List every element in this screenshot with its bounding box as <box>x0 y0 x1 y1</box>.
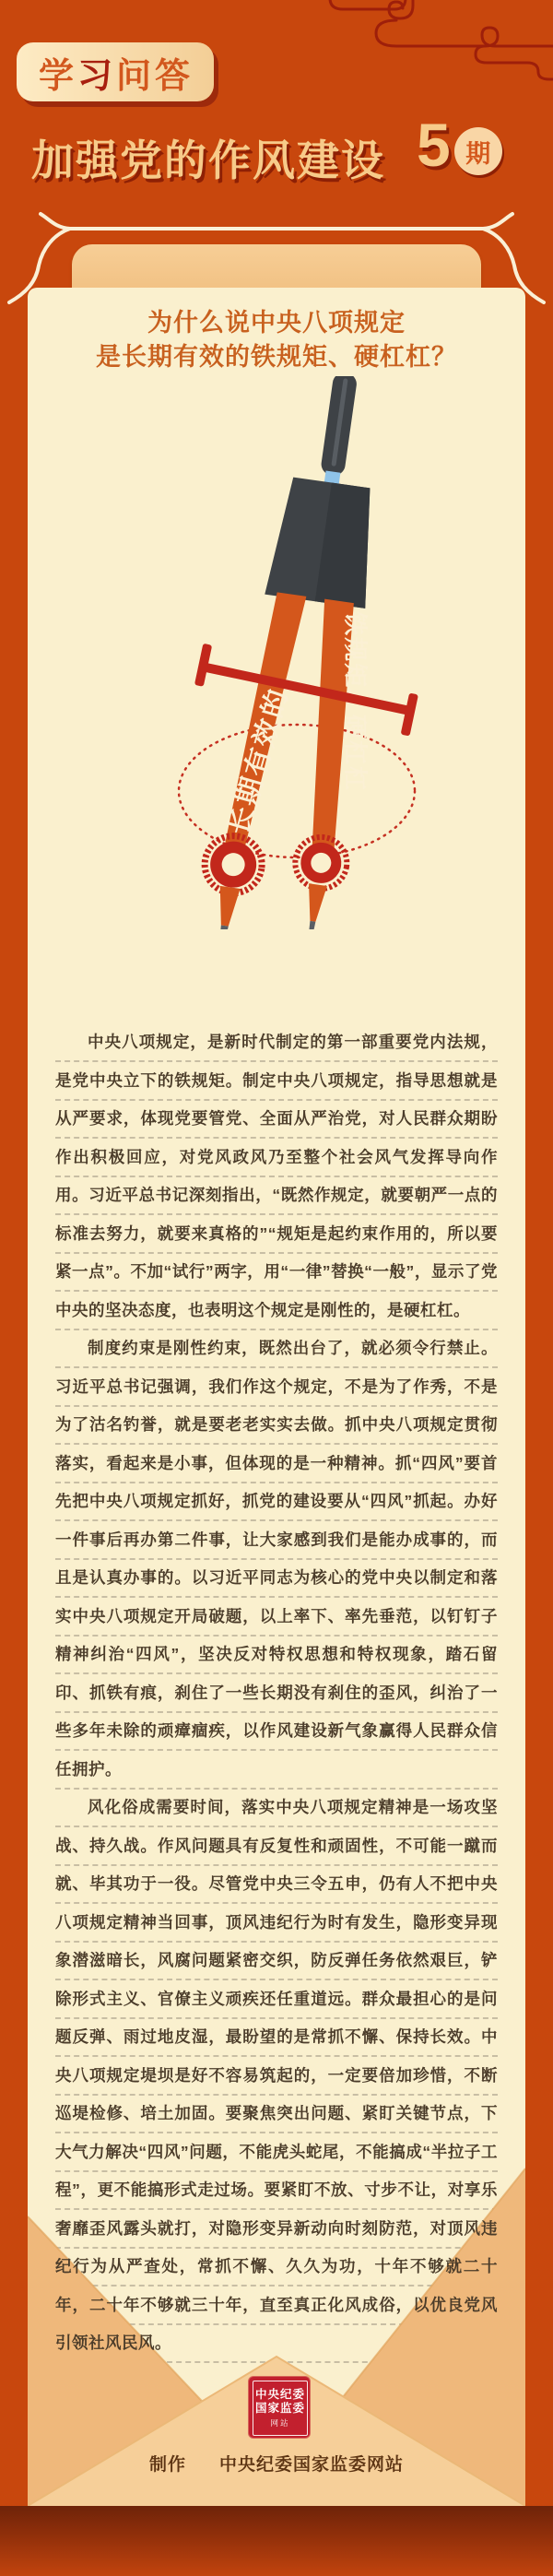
issue-number: 5 <box>417 114 451 175</box>
issue-number-block: 5 期 <box>417 114 502 175</box>
credit-label: 制作 <box>149 2451 186 2476</box>
question-title: 为什么说中央八项规定 是长期有效的铁规矩、硬杠杠？ <box>28 306 525 374</box>
article-zone: 中央八项规定，是新时代制定的第一部重要党内法规，是党中央立下的铁规矩。制定中央八… <box>55 1023 498 2406</box>
credit-line: 制作 中央纪委国家监委网站 <box>28 2451 525 2476</box>
credit-value: 中央纪委国家监委网站 <box>219 2451 404 2476</box>
compass-left-wheel <box>201 833 265 897</box>
seal-text: 国家监委 <box>255 2402 305 2416</box>
paragraph: 风化俗成需要时间，落实中央八项规定精神是一场攻坚战、持久战。作风问题具有反复性和… <box>55 1789 498 2363</box>
dotted-circle-path <box>179 725 415 857</box>
seal-text: 网站 <box>270 2417 289 2428</box>
poster-page: 学 习 问 答 加强党的作风建设 5 期 为什么说中央八项规定 是长期有效的铁规… <box>0 0 553 2576</box>
article-text: 中央八项规定，是新时代制定的第一部重要党内法规，是党中央立下的铁规矩。制定中央八… <box>55 1023 498 2406</box>
paragraph: 制度约束是刚性约束，既然出台了，就必须令行禁止。习近平总书记强调，我们作这个规定… <box>55 1329 498 1789</box>
issue-suffix-badge: 期 <box>454 127 502 175</box>
page-title: 加强党的作风建设 <box>31 127 385 188</box>
official-seal: 中央纪委 国家监委 网站 <box>249 2377 310 2438</box>
seal-inner: 中央纪委 国家监委 网站 <box>253 2381 308 2436</box>
compass-illustration: 长期有效的 铁规矩、硬杠杠 <box>28 376 525 929</box>
question-title-line2: 是长期有效的铁规矩、硬杠杠？ <box>28 340 525 374</box>
compass-crossbar <box>194 644 420 737</box>
badge-char: 学 <box>39 47 76 98</box>
compass-right-needle <box>302 921 315 929</box>
seal-text: 中央纪委 <box>255 2388 305 2402</box>
cloud-decoration-icon <box>304 0 553 101</box>
content-card: 为什么说中央八项规定 是长期有效的铁规矩、硬杠杠？ 长期有效的 铁规矩、硬杠杠 <box>28 288 525 2506</box>
paragraph: 中央八项规定，是新时代制定的第一部重要党内法规，是党中央立下的铁规矩。制定中央八… <box>55 1023 498 1329</box>
badge-char: 习 <box>77 47 114 98</box>
badge-char: 答 <box>155 47 192 98</box>
compass-left-leg-label: 长期有效的 <box>224 684 295 839</box>
bottom-strip <box>0 2506 553 2576</box>
scroll-top-decoration <box>0 205 553 315</box>
badge-char: 问 <box>116 47 153 98</box>
series-badge: 学 习 问 答 <box>17 42 214 101</box>
